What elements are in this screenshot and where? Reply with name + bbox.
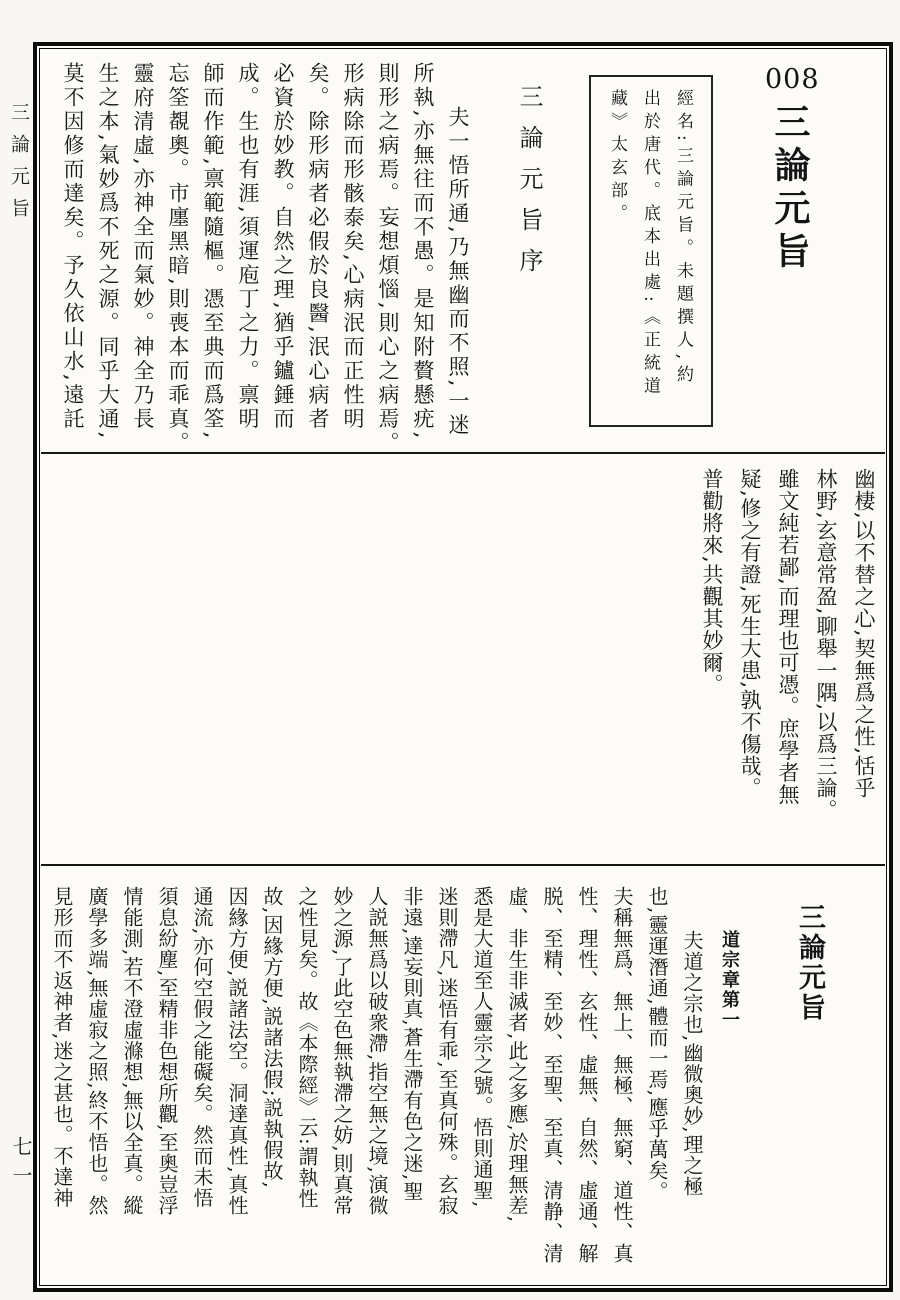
text-column: 廣學多端,無虛寂之照,終不悟也。然 bbox=[79, 886, 114, 1284]
text-column: 莫不因修而達矣。予久依山水,遠託 bbox=[55, 62, 90, 452]
text-column: 必資於妙教。自然之理,猶乎鑪錘而 bbox=[265, 62, 300, 452]
text-column: 疑,修之有證,死生大患,孰不傷哉。 bbox=[731, 468, 769, 864]
preface-section: 008 三論元旨 經名:三論元旨。未題撰人,約出於唐代。底本出處:《正統道藏》太… bbox=[41, 50, 885, 452]
text-column: 普勸將來,共觀其妙爾。 bbox=[693, 468, 731, 864]
spine-title: 三論元旨 bbox=[6, 102, 33, 230]
book-title: 三論元旨 bbox=[765, 103, 816, 275]
text-column: 故,因緣方便,説諸法假;説執假故, bbox=[254, 886, 289, 1284]
preface-continuation-text: 幽棲,以不替之心,契無爲之性,恬乎林野,玄意常盈,聊舉一隅,以爲三論。雖文純若鄙… bbox=[41, 468, 883, 864]
text-column: 見形而不返神者,迷之甚也。不達神 bbox=[44, 886, 79, 1284]
text-column: 矣。除形病者必假於良醫,泯心病者 bbox=[300, 62, 335, 452]
text-column: 妙之源,了此空色無執滯之妨,則真常 bbox=[324, 886, 359, 1284]
text-column: 須息紛塵,至精非色想所觀,至奧豈浮 bbox=[149, 886, 184, 1284]
text-column: 迷則滯凡,迷悟有乖,至真何殊。玄寂 bbox=[429, 886, 464, 1284]
colophon-box: 經名:三論元旨。未題撰人,約出於唐代。底本出處:《正統道藏》太玄部。 bbox=[589, 75, 713, 427]
text-column: 則形之病焉。妄想煩惱,則心之病焉。 bbox=[370, 62, 405, 452]
text-column: 雖文純若鄙,而理也可憑。庶學者無 bbox=[769, 468, 807, 864]
text-column: 情能測,若不澄虛滌想,無以全真。縱 bbox=[114, 886, 149, 1284]
preface-continuation-section: 幽棲,以不替之心,契無爲之性,恬乎林野,玄意常盈,聊舉一隅,以爲三論。雖文純若鄙… bbox=[41, 452, 885, 864]
preface-title: 三論元旨序 bbox=[509, 62, 549, 452]
text-column: 通流,亦何空假之能礙矣。然而未悟 bbox=[184, 886, 219, 1284]
text-column: 也,靈運潛通,體而一焉,應乎萬矣。 bbox=[639, 886, 674, 1284]
page-content: 008 三論元旨 經名:三論元旨。未題撰人,約出於唐代。底本出處:《正統道藏》太… bbox=[41, 50, 885, 1284]
text-column: 藏》太玄部。 bbox=[600, 89, 633, 413]
document-number: 008 bbox=[765, 64, 815, 95]
title-header: 008 三論元旨 bbox=[765, 62, 815, 275]
text-column: 因緣方便,説諸法空。洞達真性,真性 bbox=[219, 886, 254, 1284]
text-column: 非遠,達妄則真,蒼生滯有色之迷,聖 bbox=[394, 886, 429, 1284]
text-column: 林野,玄意常盈,聊舉一隅,以爲三論。 bbox=[807, 468, 845, 864]
main-text-block: 三論元旨 道宗章第一 夫道之宗也,幽微奧妙,理之極也,靈運潛通,體而一焉,應乎萬… bbox=[49, 886, 877, 1284]
text-column: 夫道之宗也,幽微奧妙,理之極 bbox=[674, 886, 709, 1284]
text-column: 幽棲,以不替之心,契無爲之性,恬乎 bbox=[845, 468, 883, 864]
text-column: 經名:三論元旨。未題撰人,約 bbox=[666, 89, 699, 413]
text-column: 形病除而形骸泰矣,心病泯而正性明 bbox=[335, 62, 370, 452]
book-page: 三論元旨 七一 008 三論元旨 經名:三論元旨。未題撰人,約出於唐代。底本出處… bbox=[0, 0, 900, 1300]
colophon-text: 經名:三論元旨。未題撰人,約出於唐代。底本出處:《正統道藏》太玄部。 bbox=[600, 89, 699, 413]
text-column: 忘筌覩奧。市廛黑暗,則喪本而乖真。 bbox=[160, 62, 195, 452]
text-column: 虛、非生非滅者,此之多應,於理無差, bbox=[499, 886, 534, 1284]
text-column: 夫一悟所通,乃無幽而不照,一迷 bbox=[440, 62, 475, 452]
main-title: 三論元旨 bbox=[787, 886, 831, 1284]
chapter-heading: 道宗章第一 bbox=[711, 886, 747, 1284]
text-column: 靈府清虛,亦神全而氣妙。神全乃長 bbox=[125, 62, 160, 452]
text-column: 性、理性、玄性、虛無、自然、虛通、解 bbox=[569, 886, 604, 1284]
text-column: 夫稱無爲、無上、無極、無窮、道性、真 bbox=[604, 886, 639, 1284]
main-text: 夫道之宗也,幽微奧妙,理之極也,靈運潛通,體而一焉,應乎萬矣。夫稱無爲、無上、無… bbox=[44, 886, 709, 1284]
text-column: 出於唐代。底本出處:《正統道 bbox=[633, 89, 666, 413]
text-column: 所執,亦無往而不愚。是知附贅懸疣, bbox=[405, 62, 440, 452]
main-text-section: 三論元旨 道宗章第一 夫道之宗也,幽微奧妙,理之極也,靈運潛通,體而一焉,應乎萬… bbox=[41, 864, 885, 1284]
text-column: 之性見矣。故《本際經》云:謂執性 bbox=[289, 886, 324, 1284]
inner-frame: 008 三論元旨 經名:三論元旨。未題撰人,約出於唐代。底本出處:《正統道藏》太… bbox=[39, 48, 887, 1286]
preface-text: 夫一悟所通,乃無幽而不照,一迷所執,亦無往而不愚。是知附贅懸疣,則形之病焉。妄想… bbox=[55, 62, 475, 452]
page-frame: 008 三論元旨 經名:三論元旨。未題撰人,約出於唐代。底本出處:《正統道藏》太… bbox=[33, 42, 893, 1292]
page-number: 七一 bbox=[7, 1136, 36, 1194]
text-column: 成。生也有涯,須運庖丁之力。禀明 bbox=[230, 62, 265, 452]
text-column: 生之本,氣妙爲不死之源。同乎大通, bbox=[90, 62, 125, 452]
preface-text-block: 三論元旨序 夫一悟所通,乃無幽而不照,一迷所執,亦無往而不愚。是知附贅懸疣,則形… bbox=[55, 62, 549, 452]
text-column: 人説無爲以破衆滯,指空無之境,演微 bbox=[359, 886, 394, 1284]
text-column: 悉是大道至人靈宗之號。悟則通聖, bbox=[464, 886, 499, 1284]
text-column: 脱、至精、至妙、至聖、至真、清静、清 bbox=[534, 886, 569, 1284]
text-column: 師而作範,禀範隨樞。憑至典而爲筌, bbox=[195, 62, 230, 452]
